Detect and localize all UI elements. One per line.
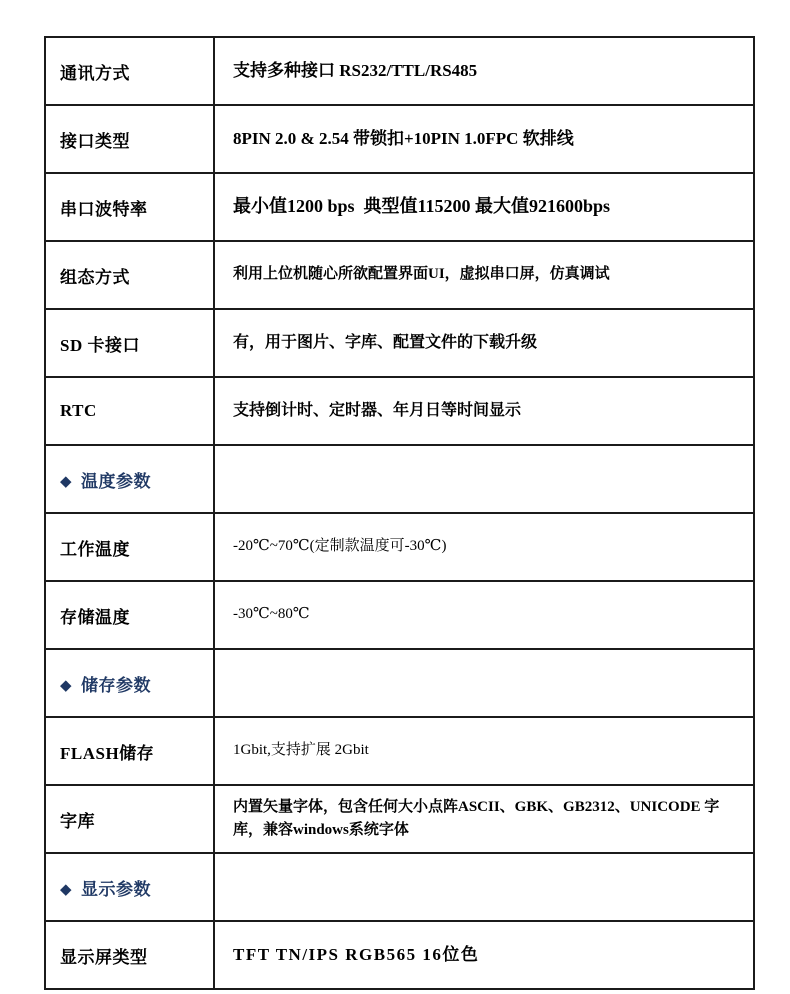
spec-value-cell: -20℃~70℃(定制款温度可-30℃)	[214, 513, 754, 581]
spec-row: 字库内置矢量字体，包含任何大小点阵ASCII、GBK、GB2312、UNICOD…	[45, 785, 754, 853]
spec-table-body: 通讯方式支持多种接口 RS232/TTL/RS485接口类型8PIN 2.0 &…	[45, 37, 754, 989]
spec-row: 显示屏类型TFT TN/IPS RGB565 16位色	[45, 921, 754, 989]
section-header-row: ◆温度参数	[45, 445, 754, 513]
section-title: 温度参数	[81, 472, 151, 491]
spec-label: 存储温度	[60, 608, 130, 627]
spec-value-cell: 支持倒计时、定时器、年月日等时间显示	[214, 377, 754, 445]
section-title: 显示参数	[81, 880, 151, 899]
spec-row: 通讯方式支持多种接口 RS232/TTL/RS485	[45, 37, 754, 105]
spec-sheet-page: 通讯方式支持多种接口 RS232/TTL/RS485接口类型8PIN 2.0 &…	[0, 0, 790, 994]
spec-value: -20℃~70℃(定制款温度可-30℃)	[233, 538, 446, 554]
spec-label-cell: 通讯方式	[45, 37, 214, 105]
diamond-icon: ◆	[60, 472, 72, 491]
section-header-cell: ◆温度参数	[45, 445, 214, 513]
spec-value: 利用上位机随心所欲配置界面UI，虚拟串口屏，仿真调试	[233, 266, 610, 282]
spec-value-cell	[214, 853, 754, 921]
spec-row: 接口类型8PIN 2.0 & 2.54 带锁扣+10PIN 1.0FPC 软排线	[45, 105, 754, 173]
spec-row: 组态方式利用上位机随心所欲配置界面UI，虚拟串口屏，仿真调试	[45, 241, 754, 309]
spec-row: 工作温度-20℃~70℃(定制款温度可-30℃)	[45, 513, 754, 581]
spec-value: 最小值1200 bps 典型值115200 最大值921600bps	[233, 196, 610, 216]
spec-value-cell: 8PIN 2.0 & 2.54 带锁扣+10PIN 1.0FPC 软排线	[214, 105, 754, 173]
spec-value-cell: 最小值1200 bps 典型值115200 最大值921600bps	[214, 173, 754, 241]
section-header-row: ◆显示参数	[45, 853, 754, 921]
spec-label-cell: 工作温度	[45, 513, 214, 581]
spec-label: 串口波特率	[60, 200, 148, 219]
spec-value: TFT TN/IPS RGB565 16位色	[233, 945, 479, 964]
spec-label-cell: 存储温度	[45, 581, 214, 649]
spec-value: -30℃~80℃	[233, 606, 310, 622]
spec-row: 存储温度-30℃~80℃	[45, 581, 754, 649]
spec-label: SD 卡接口	[60, 336, 140, 355]
spec-value-cell: 1Gbit,支持扩展 2Gbit	[214, 717, 754, 785]
spec-label: 通讯方式	[60, 64, 130, 83]
spec-label: 工作温度	[60, 540, 130, 559]
spec-label-cell: FLASH储存	[45, 717, 214, 785]
spec-label-cell: 串口波特率	[45, 173, 214, 241]
spec-label-cell: 接口类型	[45, 105, 214, 173]
section-header-cell: ◆显示参数	[45, 853, 214, 921]
spec-value-cell	[214, 445, 754, 513]
diamond-icon: ◆	[60, 880, 72, 899]
spec-label-cell: 组态方式	[45, 241, 214, 309]
section-header-cell: ◆储存参数	[45, 649, 214, 717]
spec-value: 支持多种接口 RS232/TTL/RS485	[233, 61, 477, 80]
spec-value-cell: TFT TN/IPS RGB565 16位色	[214, 921, 754, 989]
spec-row: SD 卡接口有，用于图片、字库、配置文件的下载升级	[45, 309, 754, 377]
spec-label-cell: RTC	[45, 377, 214, 445]
spec-label: 组态方式	[60, 268, 130, 287]
spec-label: 字库	[60, 812, 95, 831]
spec-label: RTC	[60, 401, 97, 420]
diamond-icon: ◆	[60, 676, 72, 695]
spec-value-cell	[214, 649, 754, 717]
spec-value: 有，用于图片、字库、配置文件的下载升级	[233, 334, 537, 351]
spec-row: 串口波特率最小值1200 bps 典型值115200 最大值921600bps	[45, 173, 754, 241]
spec-label-cell: 字库	[45, 785, 214, 853]
section-header-row: ◆储存参数	[45, 649, 754, 717]
spec-label-cell: 显示屏类型	[45, 921, 214, 989]
spec-value-cell: -30℃~80℃	[214, 581, 754, 649]
spec-table: 通讯方式支持多种接口 RS232/TTL/RS485接口类型8PIN 2.0 &…	[44, 36, 755, 990]
spec-value: 1Gbit,支持扩展 2Gbit	[233, 742, 369, 758]
spec-label: 显示屏类型	[60, 948, 148, 967]
spec-value: 内置矢量字体，包含任何大小点阵ASCII、GBK、GB2312、UNICODE …	[233, 799, 719, 838]
spec-label: FLASH储存	[60, 744, 154, 763]
spec-label-cell: SD 卡接口	[45, 309, 214, 377]
spec-value-cell: 内置矢量字体，包含任何大小点阵ASCII、GBK、GB2312、UNICODE …	[214, 785, 754, 853]
spec-label: 接口类型	[60, 132, 130, 151]
spec-row: RTC支持倒计时、定时器、年月日等时间显示	[45, 377, 754, 445]
spec-value: 8PIN 2.0 & 2.54 带锁扣+10PIN 1.0FPC 软排线	[233, 129, 574, 148]
section-title: 储存参数	[81, 676, 151, 695]
spec-value-cell: 有，用于图片、字库、配置文件的下载升级	[214, 309, 754, 377]
spec-row: FLASH储存1Gbit,支持扩展 2Gbit	[45, 717, 754, 785]
spec-value-cell: 利用上位机随心所欲配置界面UI，虚拟串口屏，仿真调试	[214, 241, 754, 309]
spec-value: 支持倒计时、定时器、年月日等时间显示	[233, 402, 521, 419]
spec-value-cell: 支持多种接口 RS232/TTL/RS485	[214, 37, 754, 105]
